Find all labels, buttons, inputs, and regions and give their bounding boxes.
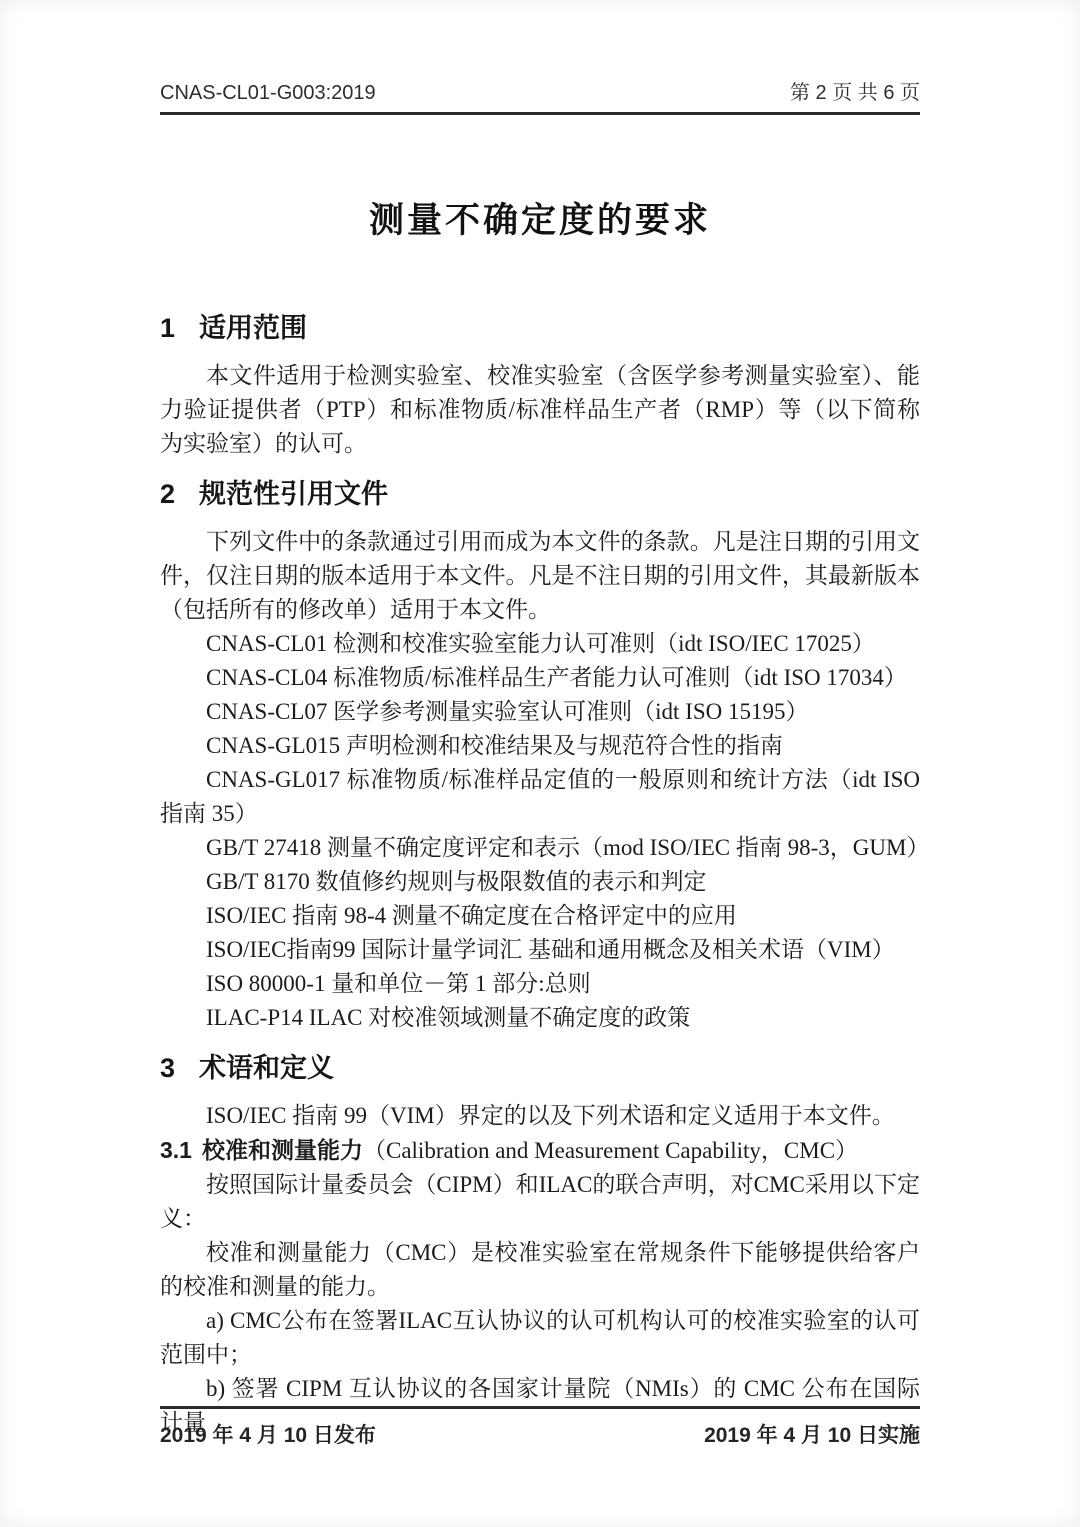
subsection-3-1-title-en: （Calibration and Measurement Capability，… bbox=[363, 1138, 858, 1163]
section-2-number: 2 bbox=[160, 479, 175, 509]
reference-item: GB/T 27418 测量不确定度评定和表示（mod ISO/IEC 指南 98… bbox=[160, 831, 920, 865]
scope-paragraph: 本文件适用于检测实验室、校准实验室（含医学参考测量实验室）、能力验证提供者（PT… bbox=[160, 359, 920, 461]
section-3-heading: 3术语和定义 bbox=[160, 1053, 920, 1083]
page-header: CNAS-CL01-G003:2019 第 2 页 共 6 页 bbox=[160, 0, 920, 115]
header-divider bbox=[160, 112, 920, 115]
implement-date: 2019 年 4 月 10 日实施 bbox=[704, 1419, 920, 1449]
section-2-title: 规范性引用文件 bbox=[199, 479, 388, 509]
cmc-item-a-paragraph: a) CMC公布在签署ILAC互认协议的认可机构认可的校准实验室的认可范围中； bbox=[160, 1304, 920, 1372]
doc-number: CNAS-CL01-G003:2019 bbox=[160, 82, 376, 105]
document-title: 测量不确定度的要求 bbox=[160, 199, 920, 243]
terms-intro-paragraph: ISO/IEC 指南 99（VIM）界定的以及下列术语和定义适用于本文件。 bbox=[160, 1099, 920, 1133]
cmc-definition-paragraph: 校准和测量能力（CMC）是校准实验室在常规条件下能够提供给客户的校准和测量的能力… bbox=[160, 1236, 920, 1304]
reference-item: ISO 80000-1 量和单位－第 1 部分:总则 bbox=[160, 967, 920, 1001]
section-3-number: 3 bbox=[160, 1053, 175, 1083]
subsection-3-1-heading: 3.1校准和测量能力（Calibration and Measurement C… bbox=[160, 1133, 920, 1168]
section-3-title: 术语和定义 bbox=[199, 1053, 334, 1083]
page-footer: 2019 年 4 月 10 日发布 2019 年 4 月 10 日实施 bbox=[160, 1406, 920, 1449]
publish-date: 2019 年 4 月 10 日发布 bbox=[160, 1419, 376, 1449]
section-1-heading: 1适用范围 bbox=[160, 313, 920, 343]
normative-intro-paragraph: 下列文件中的条款通过引用而成为本文件的条款。凡是注日期的引用文件，仅注日期的版本… bbox=[160, 525, 920, 627]
subsection-3-1-number: 3.1 bbox=[160, 1137, 192, 1163]
reference-item: ISO/IEC 指南 98-4 测量不确定度在合格评定中的应用 bbox=[160, 899, 920, 933]
reference-item: CNAS-CL01 检测和校准实验室能力认可准则（idt ISO/IEC 170… bbox=[160, 627, 920, 661]
section-1-title: 适用范围 bbox=[199, 313, 307, 343]
reference-item: ILAC-P14 ILAC 对校准领域测量不确定度的政策 bbox=[160, 1001, 920, 1035]
reference-item: CNAS-GL015 声明检测和校准结果及与规范符合性的指南 bbox=[160, 729, 920, 763]
footer-row: 2019 年 4 月 10 日发布 2019 年 4 月 10 日实施 bbox=[160, 1409, 920, 1449]
reference-item: CNAS-CL04 标准物质/标准样品生产者能力认可准则（idt ISO 170… bbox=[160, 661, 920, 695]
subsection-3-1-title: 校准和测量能力 bbox=[202, 1137, 363, 1163]
reference-item: GB/T 8170 数值修约规则与极限数值的表示和判定 bbox=[160, 865, 920, 899]
reference-item: ISO/IEC指南99 国际计量学词汇 基础和通用概念及相关术语（VIM） bbox=[160, 933, 920, 967]
section-2-heading: 2规范性引用文件 bbox=[160, 479, 920, 509]
section-1-number: 1 bbox=[160, 313, 175, 343]
cmc-definition-intro-paragraph: 按照国际计量委员会（CIPM）和ILAC的联合声明，对CMC采用以下定义： bbox=[160, 1168, 920, 1236]
reference-item: CNAS-GL017 标准物质/标准样品定值的一般原则和统计方法（idt ISO… bbox=[160, 763, 920, 831]
header-row: CNAS-CL01-G003:2019 第 2 页 共 6 页 bbox=[160, 76, 920, 112]
reference-item: CNAS-CL07 医学参考测量实验室认可准则（idt ISO 15195） bbox=[160, 695, 920, 729]
document-body: 1适用范围 本文件适用于检测实验室、校准实验室（含医学参考测量实验室）、能力验证… bbox=[160, 313, 920, 1440]
document-page: CNAS-CL01-G003:2019 第 2 页 共 6 页 测量不确定度的要… bbox=[0, 0, 1080, 1527]
page-indicator: 第 2 页 共 6 页 bbox=[790, 76, 920, 105]
